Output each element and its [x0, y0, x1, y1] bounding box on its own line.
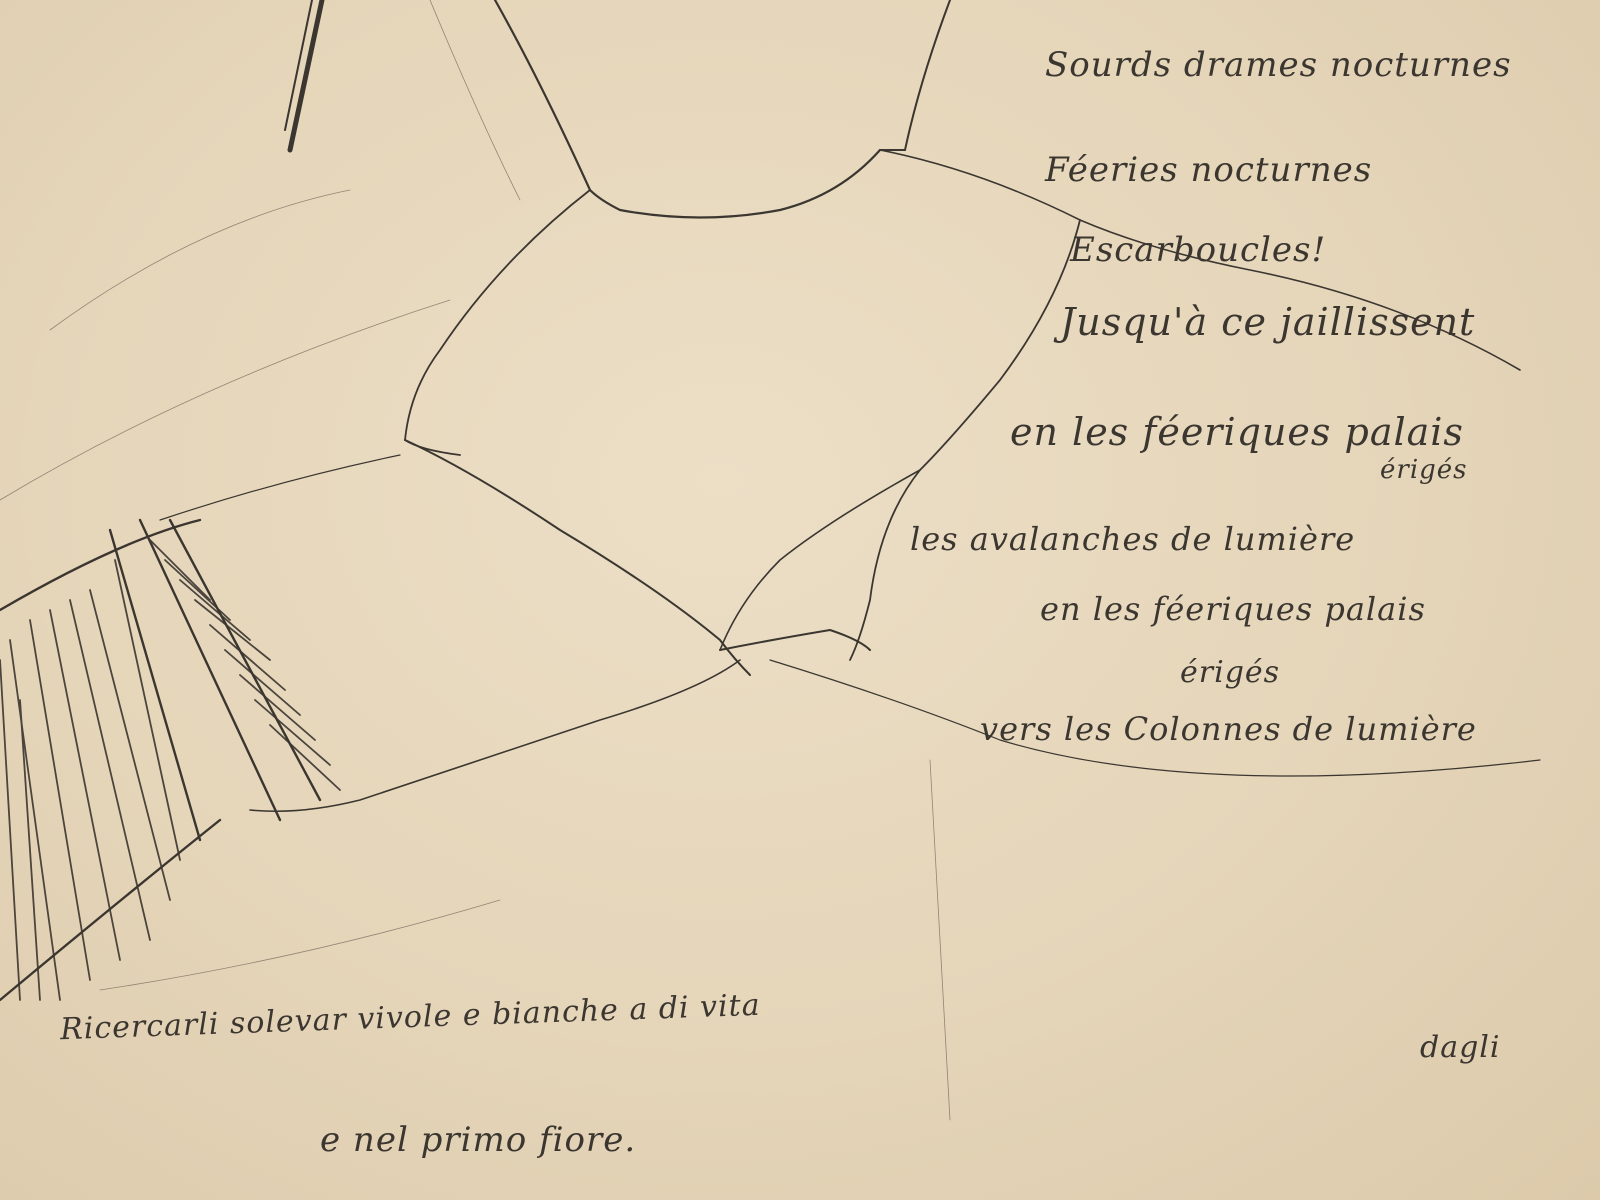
note-line-8: en les féeriques palais [1040, 590, 1426, 628]
bottom-note-line-2: e nel primo fiore. [320, 1120, 636, 1160]
note-line-1: Sourds drames nocturnes [1045, 45, 1512, 85]
note-line-5: en les féeriques palais [1010, 410, 1464, 454]
note-line-7: les avalanches de lumière [910, 520, 1355, 558]
note-line-2: Féeries nocturnes [1045, 150, 1372, 190]
sketch-paper: Sourds drames nocturnes Féeries nocturne… [0, 0, 1600, 1200]
note-line-3: Escarboucles! [1070, 230, 1326, 270]
note-line-9: érigés [1180, 655, 1280, 690]
note-line-6: érigés [1380, 455, 1468, 485]
bottom-note-signature: dagli [1420, 1030, 1500, 1065]
note-line-10: vers les Colonnes de lumière [980, 710, 1477, 748]
note-line-4: Jusqu'à ce jaillissent [1060, 300, 1475, 344]
